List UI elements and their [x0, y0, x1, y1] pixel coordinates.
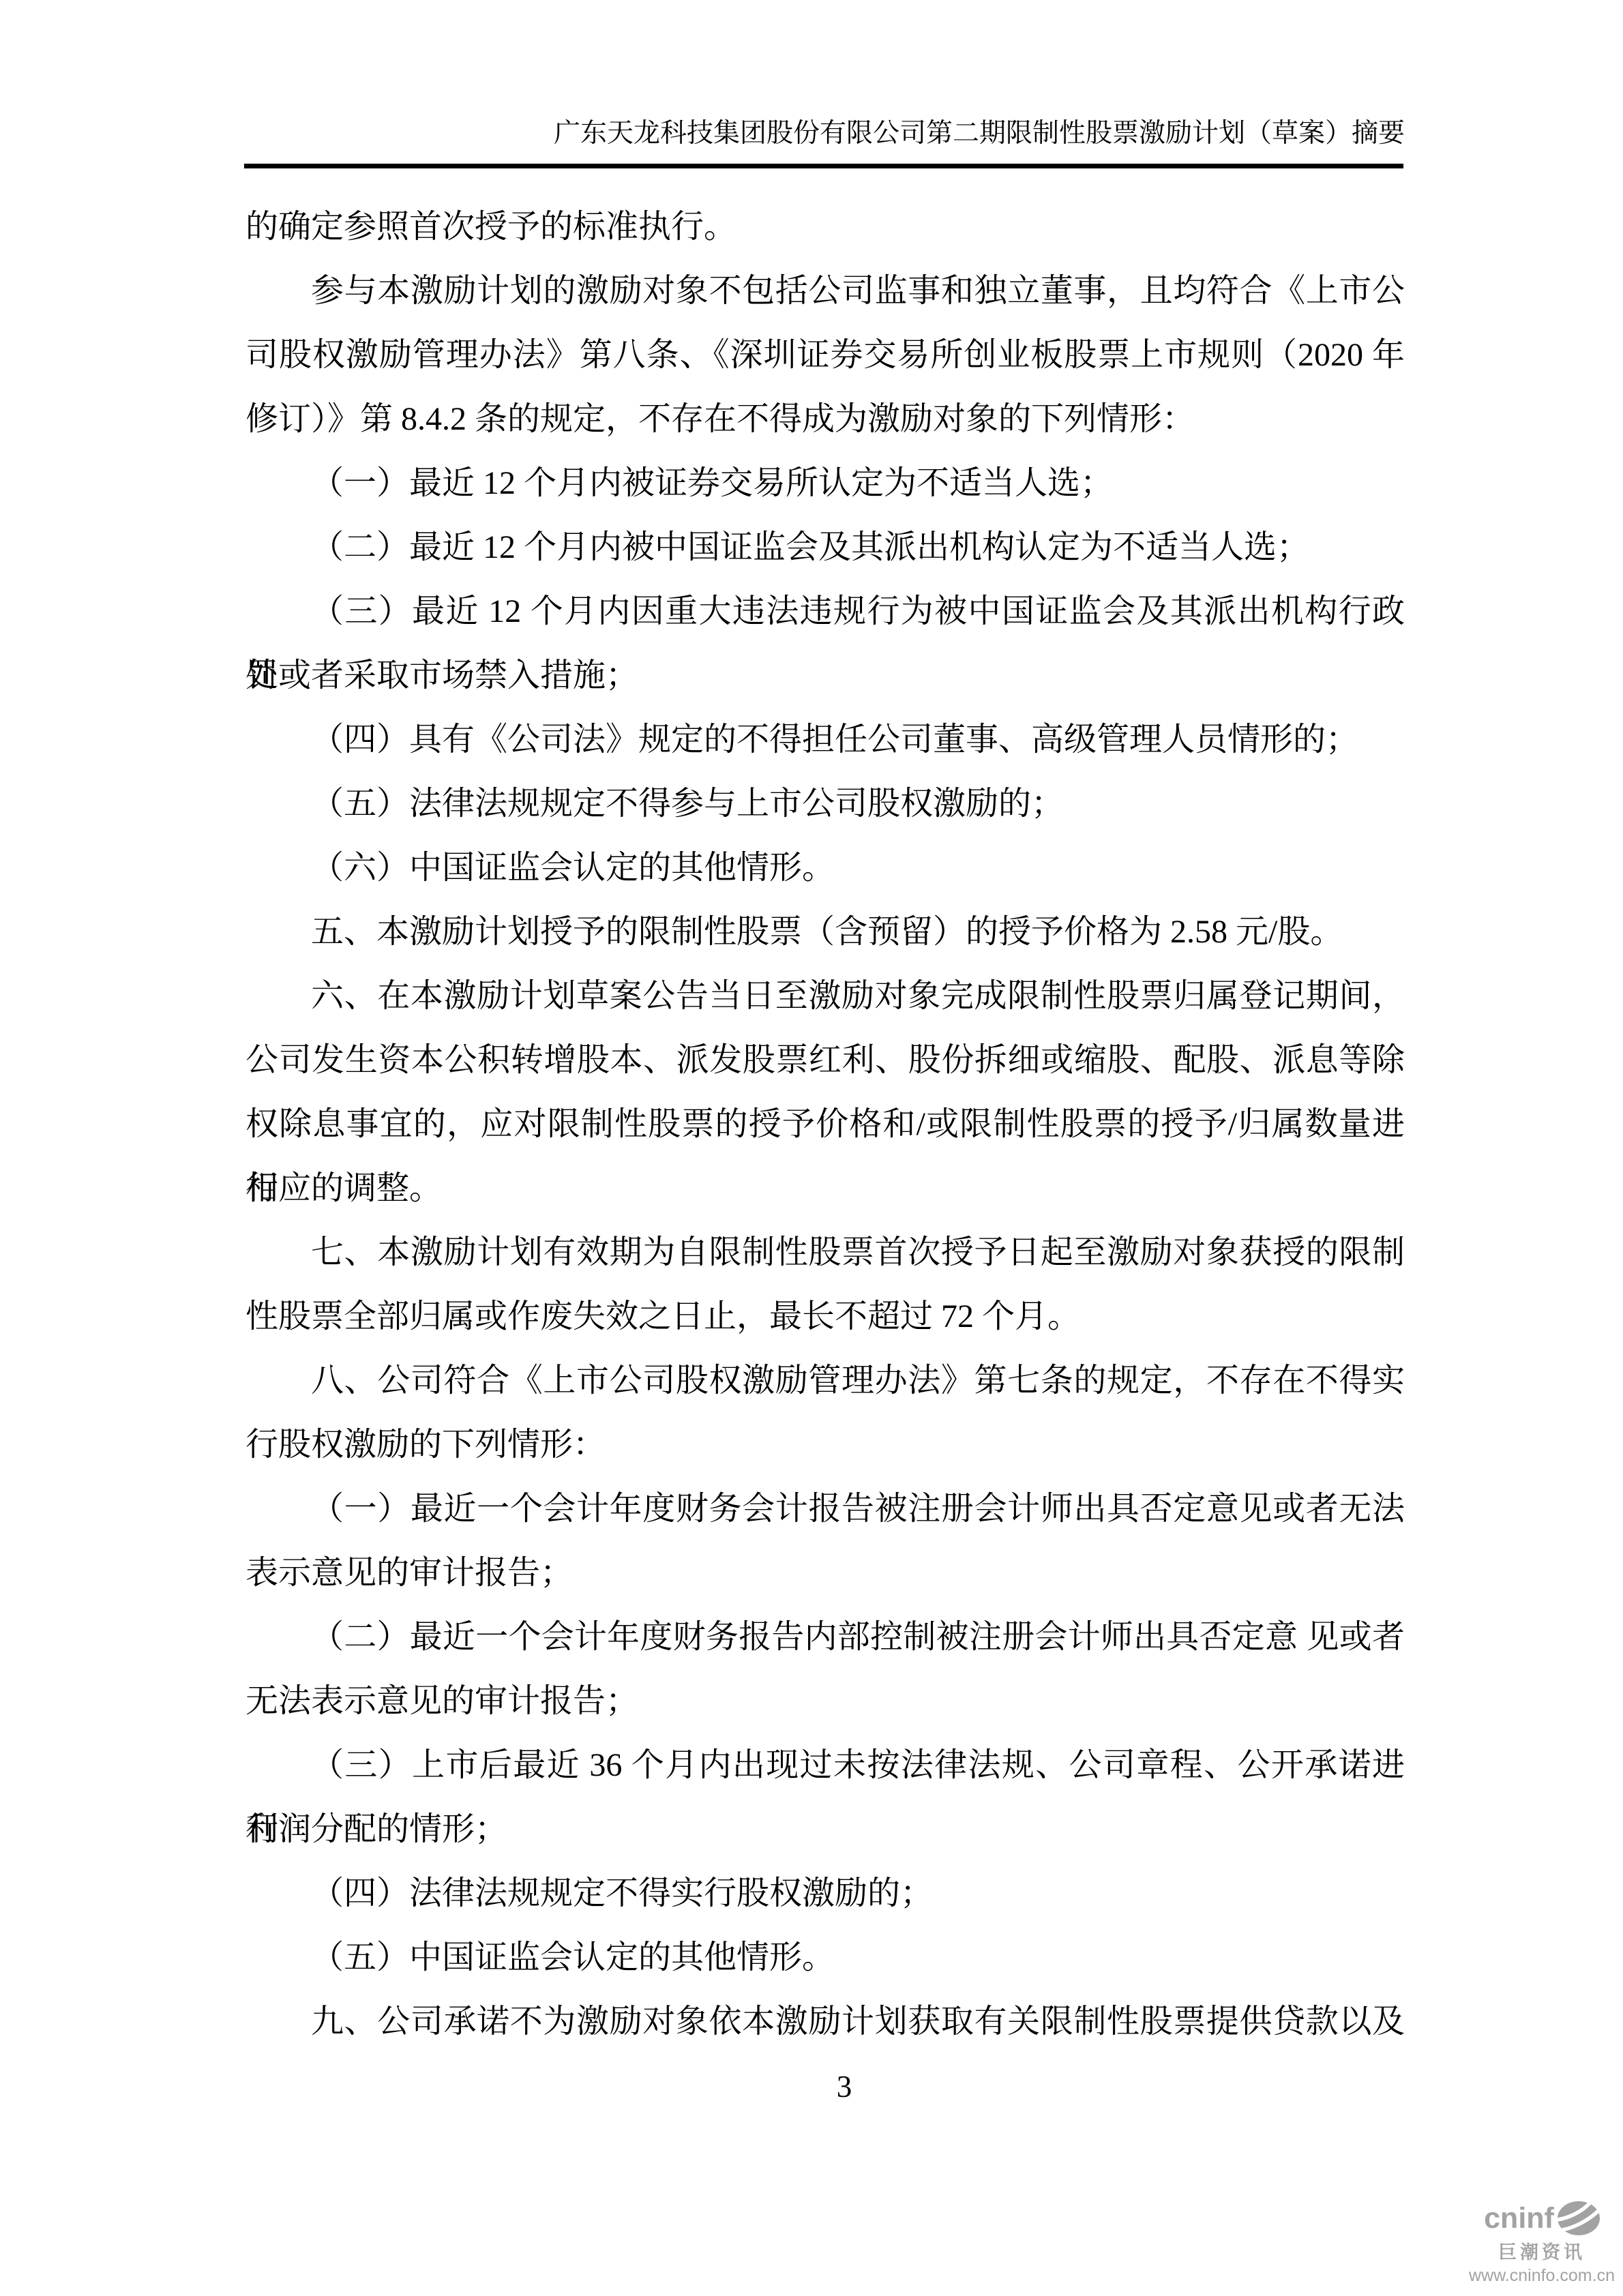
text-line: 性股票全部归属或作废失效之日止，最长不超过 72 个月。: [245, 1285, 1405, 1349]
watermark-brand-row: cninf: [1484, 2201, 1600, 2235]
text-line: 七、本激励计划有效期为自限制性股票首次授予日起至激励对象获授的限制: [245, 1221, 1405, 1285]
text-line: 修订）》第 8.4.2 条的规定，不存在不得成为激励对象的下列情形：: [245, 387, 1405, 451]
text-line: 八、公司符合《上市公司股权激励管理办法》第七条的规定，不存在不得实: [245, 1349, 1405, 1413]
text-line: （五）法律法规规定不得参与上市公司股权激励的；: [245, 772, 1405, 836]
text-line: （三）最近 12 个月内因重大违法违规行为被中国证监会及其派出机构行政处: [245, 580, 1405, 644]
text-line: 罚或者采取市场禁入措施；: [245, 644, 1405, 708]
text-line: （二）最近一个会计年度财务报告内部控制被注册会计师出具否定意 见或者: [245, 1605, 1405, 1669]
cninfo-watermark: cninf 巨潮资讯 www.cninfo.com.cn: [1463, 2201, 1620, 2286]
header-title: 广东天龙科技集团股份有限公司第二期限制性股票激励计划（草案）摘要: [245, 116, 1405, 151]
text-line: 五、本激励计划授予的限制性股票（含预留）的授予价格为 2.58 元/股。: [245, 900, 1405, 964]
text-line: （三）上市后最近 36 个月内出现过未按法律法规、公司章程、公开承诺进行: [245, 1733, 1405, 1798]
text-line: 参与本激励计划的激励对象不包括公司监事和独立董事，且均符合《上市公: [245, 259, 1405, 323]
text-line: 的确定参照首次授予的标准执行。: [245, 195, 1405, 259]
text-line: 六、在本激励计划草案公告当日至激励对象完成限制性股票归属登记期间，: [245, 964, 1405, 1028]
watermark-brand-cn: 巨潮资讯: [1498, 2237, 1585, 2264]
text-line: （四）法律法规规定不得实行股权激励的；: [245, 1862, 1405, 1926]
header-rule: [244, 164, 1403, 168]
text-line: （二）最近 12 个月内被中国证监会及其派出机构认定为不适当人选；: [245, 516, 1405, 580]
text-line: （六）中国证监会认定的其他情形。: [245, 836, 1405, 900]
text-line: 表示意见的审计报告；: [245, 1541, 1405, 1605]
text-line: 权除息事宜的，应对限制性股票的授予价格和/或限制性股票的授予/归属数量进行: [245, 1092, 1405, 1157]
cninfo-logo-icon: [1558, 2201, 1600, 2235]
text-line: （五）中国证监会认定的其他情形。: [245, 1926, 1405, 1990]
text-line: 公司发生资本公积转增股本、派发股票红利、股份拆细或缩股、配股、派息等除: [245, 1028, 1405, 1092]
text-line: （一）最近 12 个月内被证券交易所认定为不适当人选；: [245, 451, 1405, 516]
text-line: （四）具有《公司法》规定的不得担任公司董事、高级管理人员情形的；: [245, 708, 1405, 772]
text-line: 相应的调整。: [245, 1157, 1405, 1221]
text-line: 无法表示意见的审计报告；: [245, 1669, 1405, 1733]
text-line: 行股权激励的下列情形：: [245, 1413, 1405, 1477]
text-line: （一）最近一个会计年度财务会计报告被注册会计师出具否定意见或者无法: [245, 1477, 1405, 1541]
text-line: 利润分配的情形；: [245, 1798, 1405, 1862]
page-number: 3: [837, 2055, 852, 2118]
watermark-brand-text: cninf: [1484, 2204, 1554, 2233]
text-line: 九、公司承诺不为激励对象依本激励计划获取有关限制性股票提供贷款以及: [245, 1990, 1405, 2054]
watermark-url: www.cninfo.com.cn: [1469, 2266, 1615, 2286]
document-page: 广东天龙科技集团股份有限公司第二期限制性股票激励计划（草案）摘要 的确定参照首次…: [0, 0, 1623, 2296]
text-line: 司股权激励管理办法》第八条、《深圳证券交易所创业板股票上市规则（2020 年: [245, 323, 1405, 387]
document-body: 的确定参照首次授予的标准执行。参与本激励计划的激励对象不包括公司监事和独立董事，…: [245, 195, 1405, 2054]
